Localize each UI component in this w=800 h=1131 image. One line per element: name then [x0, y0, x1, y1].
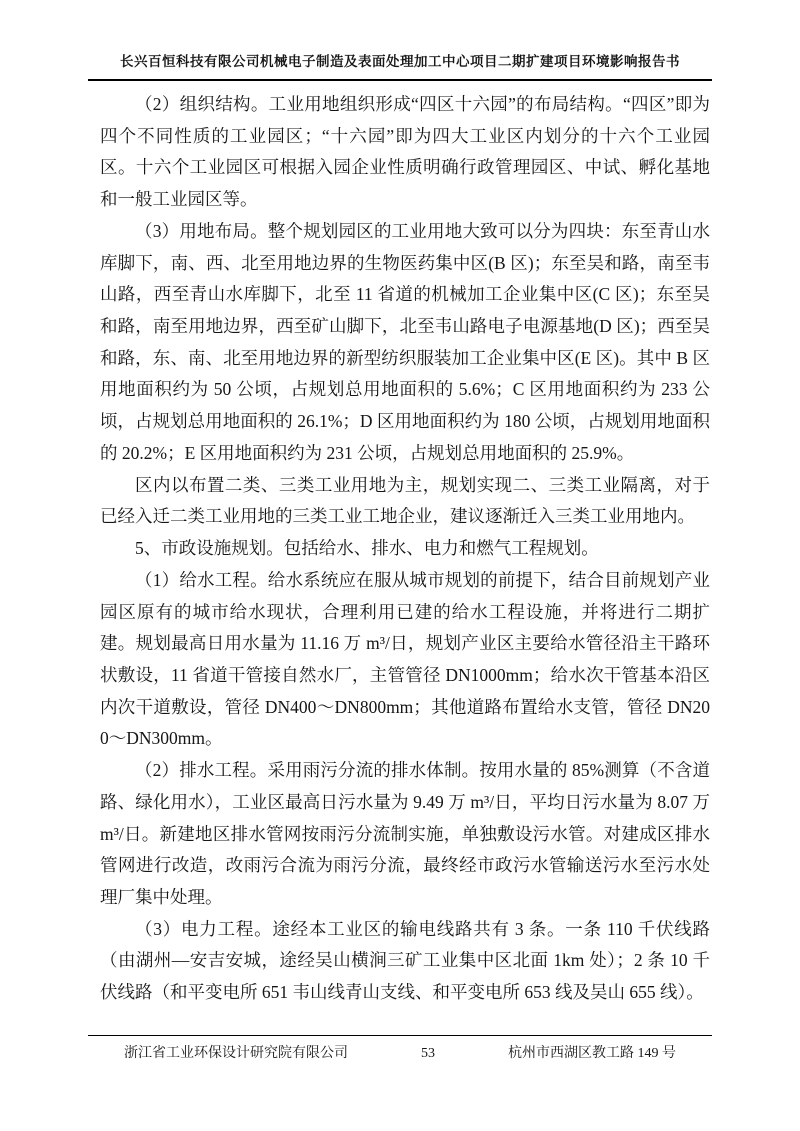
paragraph: （1）给水工程。给水系统应在服从城市规划的前提下，结合目前规划产业园区原有的城市…	[100, 565, 710, 755]
paragraph: 区内以布置二类、三类工业用地为主，规划实现二、三类工业隔离，对于已经入迁二类工业…	[100, 470, 710, 533]
page-header: 长兴百恒科技有限公司机械电子制造及表面处理加工中心项目二期扩建项目环境影响报告书	[88, 50, 712, 70]
header-title: 长兴百恒科技有限公司机械电子制造及表面处理加工中心项目二期扩建项目环境影响报告书	[88, 50, 712, 70]
paragraph: （3）用地布局。整个规划园区的工业用地大致可以分为四块：东至青山水库脚下，南、西…	[100, 216, 710, 470]
header-divider	[88, 79, 712, 81]
footer-divider	[88, 1035, 712, 1036]
footer-page-number: 53	[421, 1046, 435, 1062]
footer-address: 杭州市西湖区教工路 149 号	[508, 1042, 676, 1062]
paragraph: （2）组织结构。工业用地组织形成“四区十六园”的布局结构。“四区”即为四个不同性…	[100, 89, 710, 216]
document-body: （2）组织结构。工业用地组织形成“四区十六园”的布局结构。“四区”即为四个不同性…	[100, 89, 710, 1009]
page-footer: 浙江省工业环保设计研究院有限公司 53 杭州市西湖区教工路 149 号	[88, 1042, 712, 1062]
footer-company: 浙江省工业环保设计研究院有限公司	[124, 1042, 348, 1062]
paragraph: 5、市政设施规划。包括给水、排水、电力和燃气工程规划。	[100, 533, 710, 565]
paragraph: （3）电力工程。途经本工业区的输电线路共有 3 条。一条 110 千伏线路（由湖…	[100, 914, 710, 1009]
paragraph: （2）排水工程。采用雨污分流的排水体制。按用水量的 85%测算（不含道路、绿化用…	[100, 755, 710, 914]
document-page: 长兴百恒科技有限公司机械电子制造及表面处理加工中心项目二期扩建项目环境影响报告书…	[0, 0, 800, 1131]
